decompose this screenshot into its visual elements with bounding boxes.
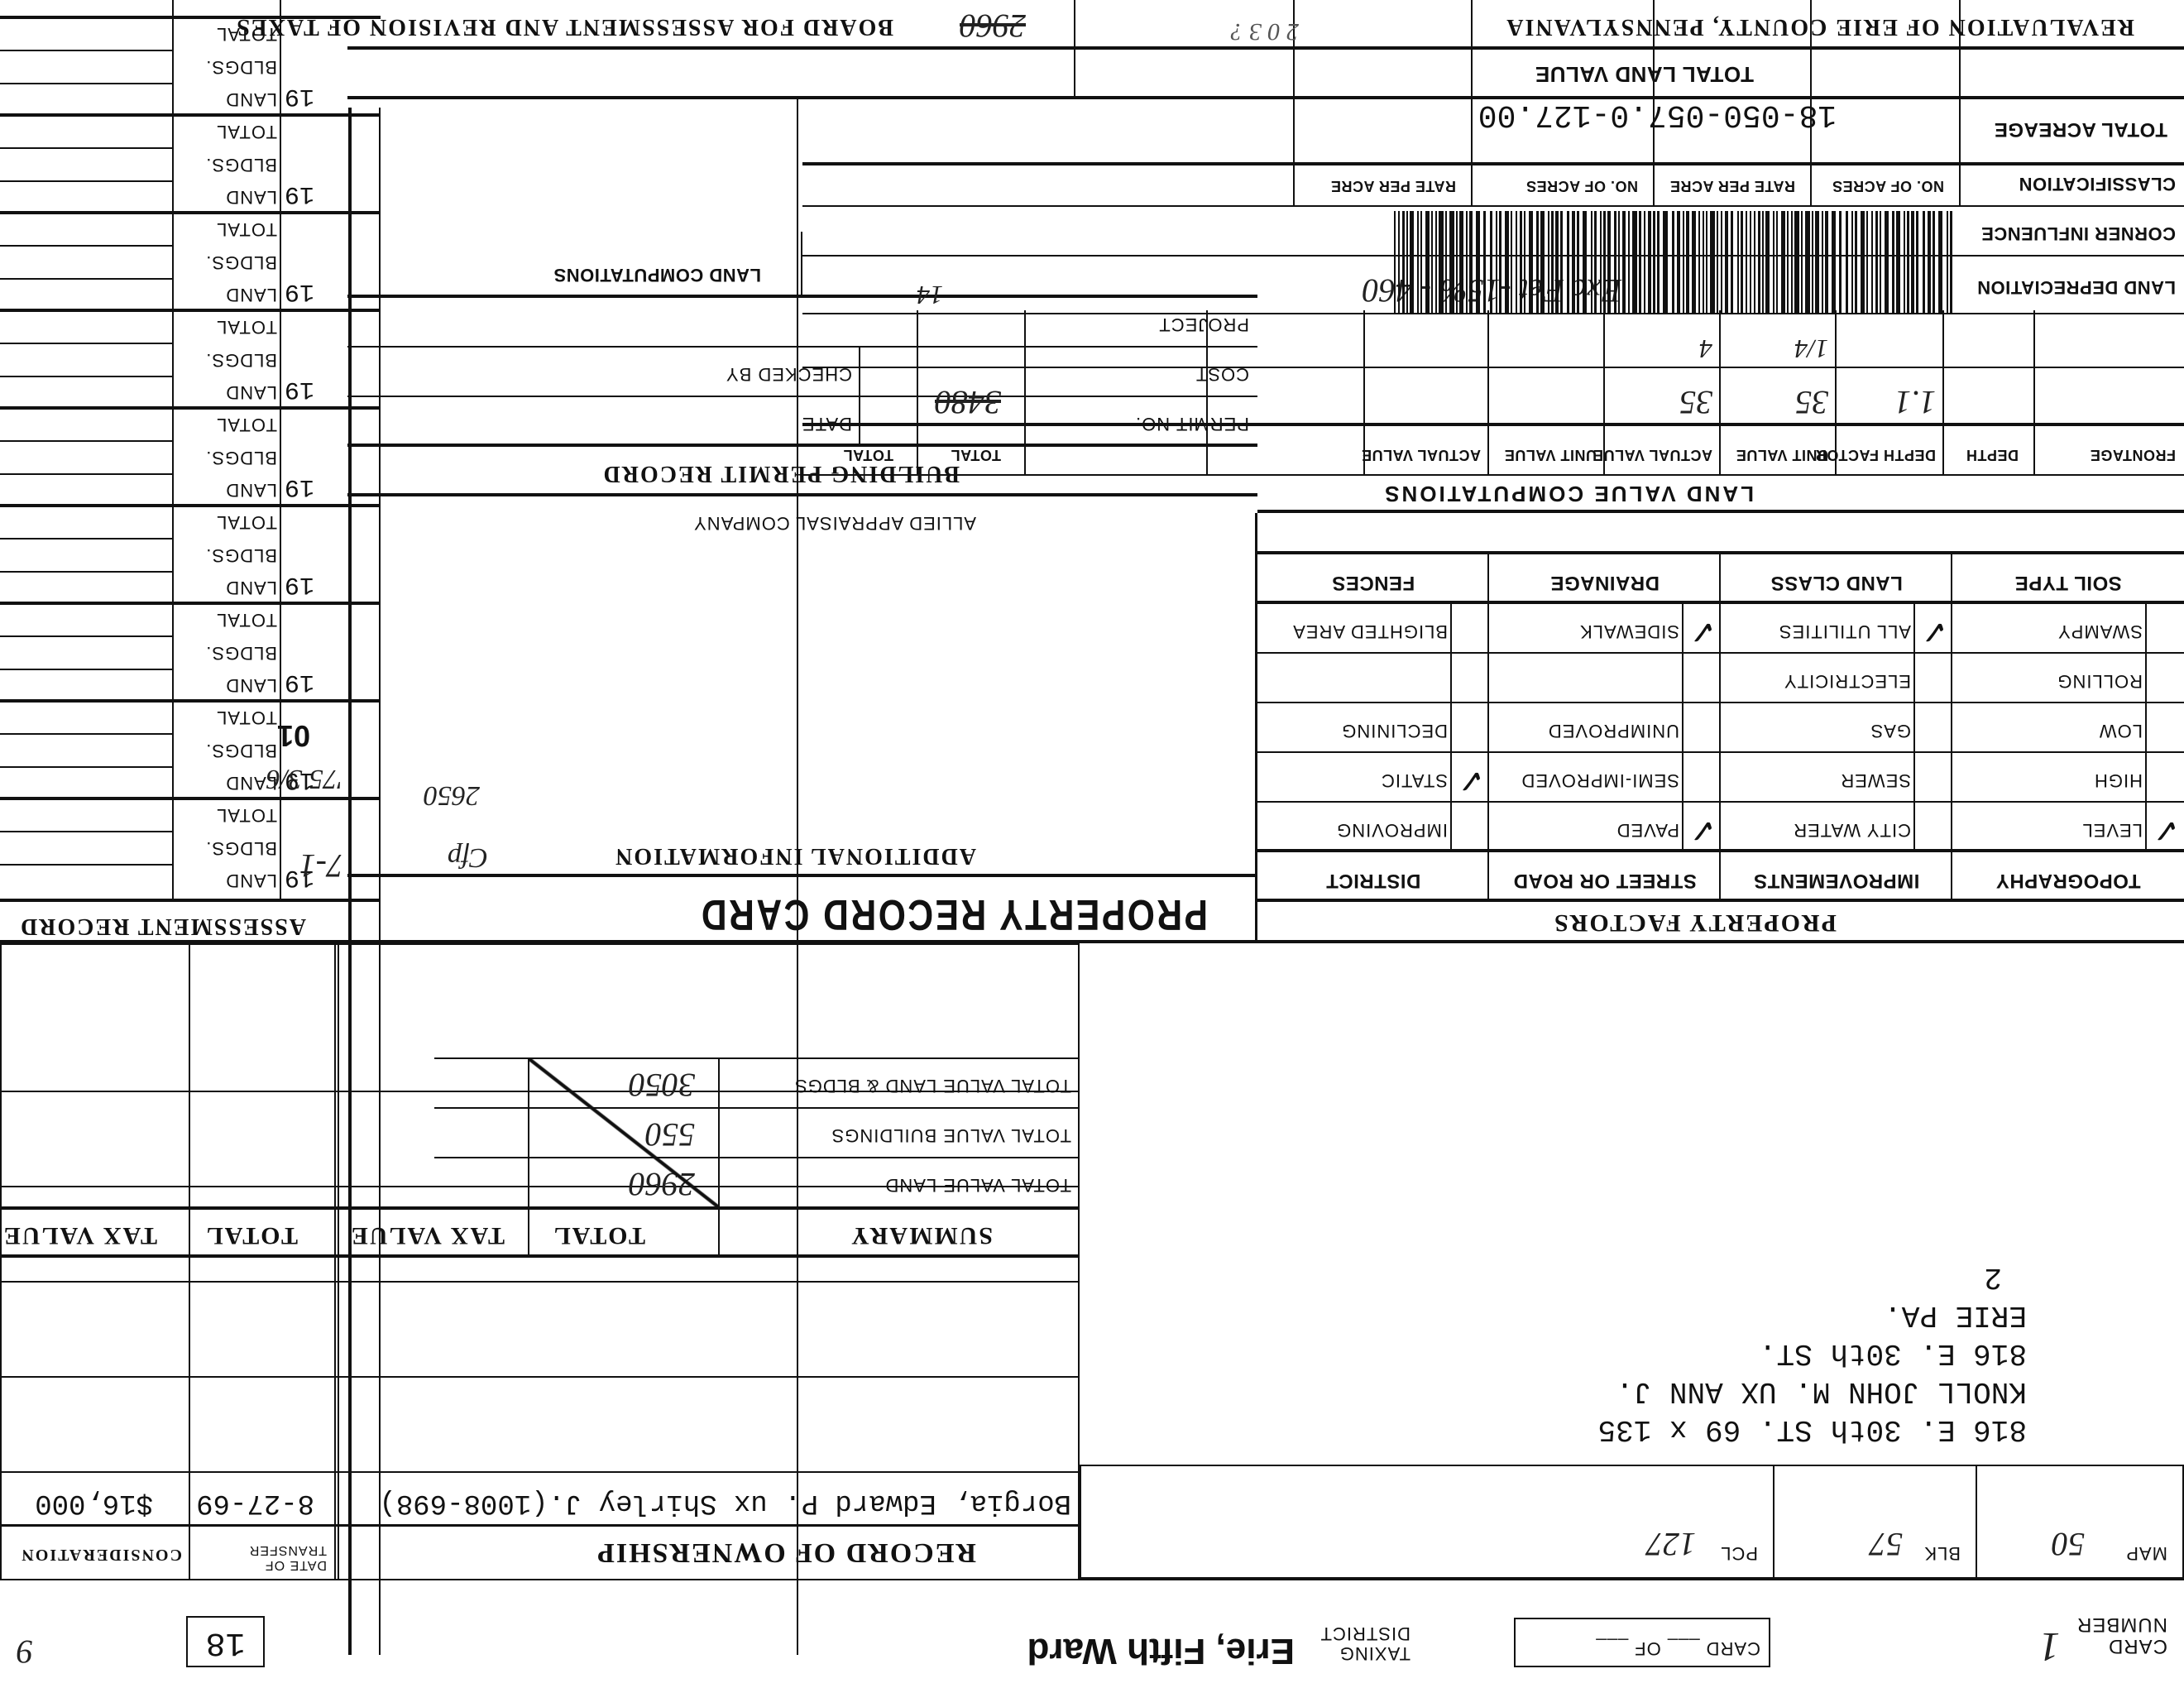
land-depreciation-label: LAND DEPRECIATION — [1977, 276, 2176, 298]
checkmark-icon[interactable]: ✓ — [2152, 811, 2180, 849]
assessment-row-label: TOTAL — [216, 707, 277, 728]
pf-item: SEMI-IMPROVED — [1497, 771, 1679, 789]
pf-item: SEWER — [1729, 771, 1911, 789]
assessment-row-label: TOTAL — [216, 414, 277, 435]
lv-depth-factor: 1.1 — [1894, 383, 1936, 422]
summary-row-buildings: TOTAL VALUE BUILDINGS — [831, 1125, 1071, 1146]
barcode-text: 18-050-057.0-127.00 — [1478, 97, 1837, 132]
assessment-year-prefix: 19 — [285, 82, 314, 110]
assessment-row-label: LAND — [225, 284, 277, 305]
class-header-rate-1: RATE PER ACRE — [1669, 177, 1795, 194]
address-line-3: 816 E. 30th ST. — [1598, 1334, 2027, 1372]
taxing-district-label: TAXING DISTRICT — [1311, 1623, 1410, 1663]
card-of-box: CARD ___ OF ___ — [1514, 1618, 1770, 1667]
pf-item: ROLLING — [1961, 672, 2143, 690]
assessment-row-label: BLDGS. — [205, 56, 277, 78]
address-block: 816 E. 30th ST. 69 x 135 KNOLL JOHN M. U… — [1598, 1258, 2027, 1448]
lv-actual-value: 35 — [1679, 383, 1712, 422]
assessment-row-label: LAND — [225, 381, 277, 403]
lv-header-5: UNIT VALUE — [1504, 446, 1597, 463]
card-number-value: 1 — [2039, 1623, 2060, 1671]
side-mark: 9 — [17, 1633, 33, 1671]
card-number-label: CARD NUMBER — [2068, 1614, 2167, 1657]
land-value-title: LAND VALUE COMPUTATIONS — [1382, 481, 1754, 506]
pf-item: PAVED — [1497, 821, 1679, 839]
address-line-5: 2 — [1598, 1258, 2027, 1296]
taxing-district-value: Erie, Fifth Ward — [1027, 1630, 1296, 1671]
consideration-label: CONSIDERATION — [20, 1545, 182, 1564]
total-land-value-label: TOTAL LAND VALUE — [1535, 61, 1754, 87]
lv-header-2: DEPTH FACTOR — [1815, 446, 1936, 463]
lv-header-1: DEPTH — [1966, 446, 2019, 463]
date-of-transfer-label: DATE OF TRANSFER — [194, 1542, 327, 1572]
property-record-card: CARD NUMBER 1 CARD ___ OF ___ TAXING DIS… — [0, 0, 2184, 1688]
card-of-label: CARD ___ OF ___ — [1595, 1638, 1760, 1659]
class-header-rate-2: RATE PER ACRE — [1330, 177, 1456, 194]
assessment-row-label: BLDGS. — [205, 349, 277, 371]
classification-label: CLASSIFICATION — [2019, 173, 2176, 194]
pf-item: ELECTRICITY — [1729, 672, 1911, 690]
lv-row2-unit: 1/4 — [1794, 333, 1828, 364]
note-cfp: Cfp — [448, 842, 488, 873]
assessment-row-label: TOTAL — [216, 316, 277, 338]
pf-item: GAS — [1729, 722, 1911, 740]
checkmark-icon[interactable]: ✓ — [1457, 761, 1485, 799]
total-acreage-label: TOTAL ACREAGE — [1994, 117, 2167, 141]
additional-info-label: ADDITIONAL INFORMATION — [614, 842, 976, 869]
lv-header-4: ACTUAL VALUE — [1593, 446, 1712, 463]
assessment-year-prefix: 19 — [285, 472, 314, 501]
assessment-row-label: TOTAL — [216, 23, 277, 45]
pf-item: DECLINING — [1266, 722, 1448, 740]
summary-row-land-bldgs: TOTAL VALUE LAND & BLDGS — [794, 1075, 1071, 1096]
assessment-year-prefix: 19 — [285, 570, 314, 598]
assessment-row-label: BLDGS. — [205, 544, 277, 566]
pf-item: IMPROVING — [1266, 821, 1448, 839]
allied-appraisal-company: ALLIED APPRAISAL COMPANY — [693, 512, 976, 534]
pf-header-1: IMPROVEMENTS — [1729, 869, 1944, 892]
blk-label: BLK — [1923, 1542, 1961, 1564]
assessment-row-label: LAND — [225, 577, 277, 598]
project-label: PROJECT — [1158, 314, 1249, 335]
summary-header: SUMMARY — [850, 1221, 993, 1249]
assessment-note-1: 7-1 — [299, 846, 343, 885]
assessment-row-label: BLDGS. — [205, 740, 277, 761]
checkmark-icon[interactable]: ✓ — [1688, 811, 1717, 849]
summary-col-total-2: TOTAL — [205, 1221, 298, 1249]
property-factors-title: PROPERTY FACTORS — [1553, 909, 1837, 937]
assessment-year-prefix: 19 — [285, 180, 314, 208]
class-header-acres-1: NO. OF ACRES — [1832, 177, 1944, 194]
ownership-row-consideration: $16,000 — [35, 1487, 153, 1518]
lv-unit-value: 35 — [1795, 383, 1828, 422]
assessment-row-label: LAND — [225, 674, 277, 696]
assessment-row-label: LAND — [225, 870, 277, 891]
ownership-section — [0, 943, 1080, 1580]
assessment-row-label: TOTAL — [216, 804, 277, 826]
pf-lower-header-2: DRAINAGE — [1497, 571, 1712, 594]
summary-col-tax-value: TAX VALUE — [350, 1221, 505, 1249]
pf-item: UNIMPROVED — [1497, 722, 1679, 740]
summary-col-tax-value-2: TAX VALUE — [2, 1221, 157, 1249]
assessment-record-title: ASSESSMENT RECORD — [19, 913, 306, 939]
pf-item: LOW — [1961, 722, 2143, 740]
class-header-acres-2: NO. OF ACRES — [1526, 177, 1638, 194]
assessment-note-3: 01 — [277, 718, 310, 753]
pf-header-0: TOPOGRAPHY — [1961, 869, 2176, 892]
assessment-row-label: BLDGS. — [205, 154, 277, 175]
land-computations-label: LAND COMPUTATIONS — [553, 264, 761, 285]
assessment-row-label: TOTAL — [216, 218, 277, 240]
assessment-row-label: TOTAL — [216, 609, 277, 631]
lv-header-7: TOTAL — [951, 446, 1001, 463]
lv-header-8: TOTAL — [843, 446, 893, 463]
map-blk-pcl-box — [1080, 1465, 2184, 1580]
pf-lower-header-0: SOIL TYPE — [1961, 571, 2176, 594]
pf-item: HIGH — [1961, 771, 2143, 789]
barcode — [1307, 211, 1952, 314]
assessment-row-label: LAND — [225, 89, 277, 110]
pf-item: STATIC — [1266, 771, 1448, 789]
assessment-row-label: BLDGS. — [205, 837, 277, 859]
pf-header-3: DISTRICT — [1266, 869, 1481, 892]
assessment-row-label: BLDGS. — [205, 642, 277, 664]
land-depreciation-extra: 14 — [917, 280, 943, 310]
pf-item: SIDEWALK — [1497, 622, 1679, 640]
revaluation-title: REVALUATION OF ERIE COUNTY, PENNSYLVANIA — [1505, 13, 2134, 40]
assessment-row-label: BLDGS. — [205, 447, 277, 468]
ownership-title: RECORD OF OWNERSHIP — [596, 1537, 976, 1568]
ownership-row-date: 8-27-69 — [196, 1487, 314, 1518]
district-code-box: 18 — [186, 1616, 265, 1667]
building-permit-title: BUILDING PERMIT RECORD — [602, 460, 960, 487]
blk-value: 57 — [1870, 1525, 1903, 1564]
pf-item: CITY WATER — [1729, 821, 1911, 839]
checkmark-icon[interactable]: ✓ — [1920, 612, 1948, 650]
pf-item: BLIGHTED AREA — [1266, 622, 1448, 640]
pcl-label: PCL — [1720, 1542, 1758, 1564]
pf-lower-header-3: FENCES — [1266, 571, 1481, 594]
map-value: 50 — [2052, 1525, 2085, 1564]
assessment-note-2: '75 3/6 — [266, 763, 343, 794]
assessment-year-prefix: 19 — [285, 375, 314, 403]
assessment-year-prefix: 19 — [285, 668, 314, 696]
lv-row2-actual: 4 — [1699, 333, 1712, 364]
property-record-card-title: PROPERTY RECORD CARD — [699, 890, 1208, 939]
address-line-4: ERIE PA. — [1598, 1296, 2027, 1334]
pf-item: SWAMPY — [1961, 622, 2143, 640]
lv-header-3: UNIT VALUE — [1736, 446, 1828, 463]
assessment-row-label: BLDGS. — [205, 252, 277, 273]
top-scribble: 2 0 3 ? — [1231, 17, 1300, 46]
total-land-value: 2960 — [960, 7, 1026, 46]
pcl-value: 127 — [1646, 1525, 1696, 1564]
checkmark-icon[interactable]: ✓ — [1688, 612, 1717, 650]
assessment-row-label: LAND — [225, 479, 277, 501]
lv-total: 3480 — [935, 383, 1001, 422]
note-2650: 2650 — [424, 779, 480, 811]
ownership-row-owner: Borgia, Edward P. ux Shirley J.(1008-698… — [379, 1487, 1071, 1518]
corner-influence-label: CORNER INFLUENCE — [1981, 223, 2176, 244]
pf-item: ALL UTILITIES — [1729, 622, 1911, 640]
address-line-1: 816 E. 30th ST. 69 x 135 — [1598, 1410, 2027, 1448]
summary-strike — [529, 1059, 720, 1208]
address-line-2: KNOLL JOHN M. UX ANN J. — [1598, 1372, 2027, 1410]
pf-item: LEVEL — [1961, 821, 2143, 839]
pf-header-2: STREET OR ROAD — [1497, 869, 1712, 892]
assessment-row-label: LAND — [225, 186, 277, 208]
assessment-row-label: TOTAL — [216, 121, 277, 142]
pf-lower-header-1: LAND CLASS — [1729, 571, 1944, 594]
map-label: MAP — [2125, 1542, 2167, 1564]
summary-row-land: TOTAL VALUE LAND — [885, 1174, 1071, 1196]
assessment-year-prefix: 19 — [285, 277, 314, 305]
assessment-row-label: TOTAL — [216, 511, 277, 533]
lv-header-0: FRONTAGE — [2090, 446, 2176, 463]
summary-col-total: TOTAL — [553, 1221, 645, 1249]
lv-header-6: ACTUAL VALUE — [1362, 446, 1481, 463]
